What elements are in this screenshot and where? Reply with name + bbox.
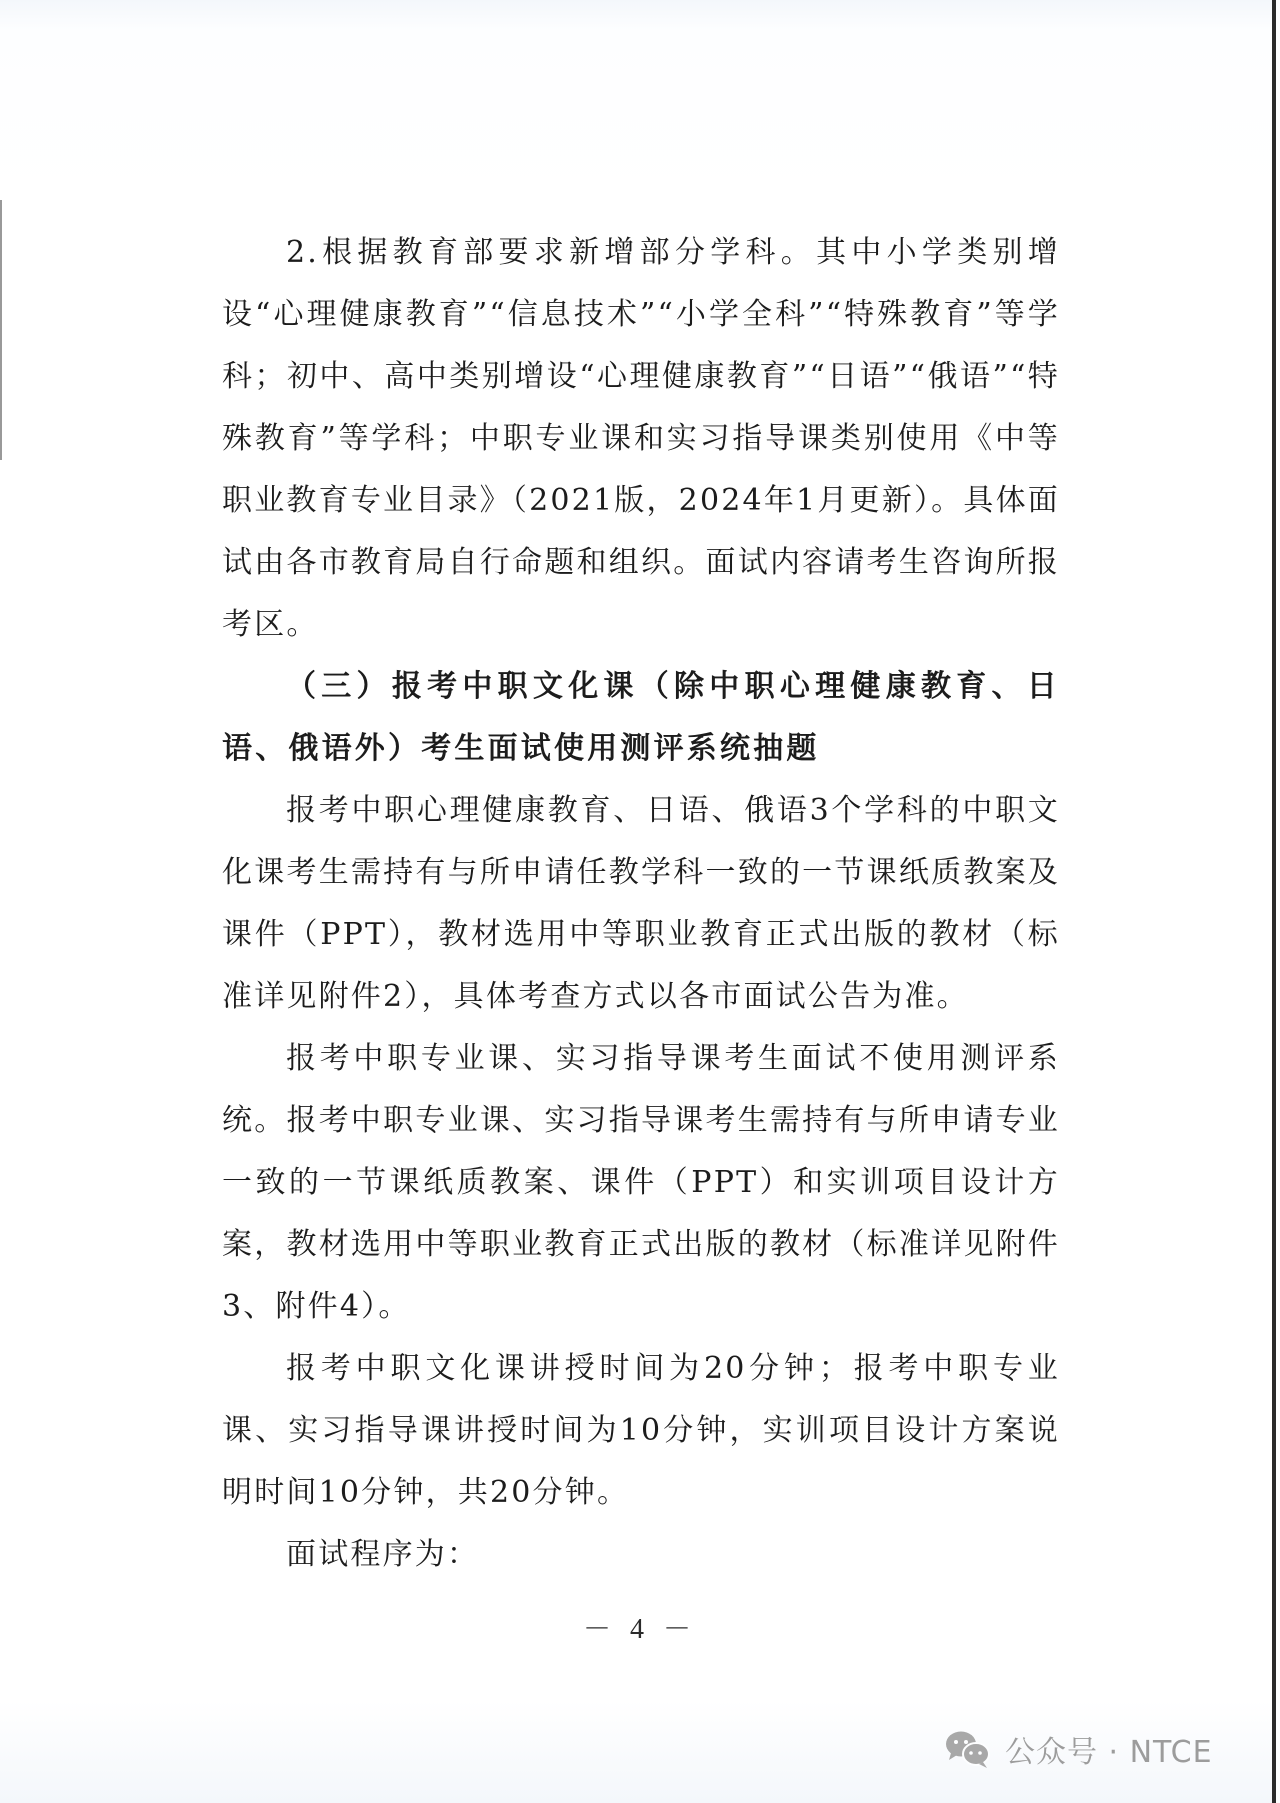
paragraph-new-subjects: 2.根据教育部要求新增部分学科。其中小学类别增设“心理健康教育”“信息技术”“小… (222, 222, 1060, 656)
watermark: 公众号 · NTCE (943, 1727, 1213, 1771)
paragraph-vocational-culture-courses: 报考中职心理健康教育、日语、俄语3个学科的中职文化课考生需持有与所申请任教学科一… (222, 780, 1060, 1028)
wechat-icon (943, 1729, 993, 1769)
page-edge-shadow (1272, 0, 1276, 1803)
document-body: 2.根据教育部要求新增部分学科。其中小学类别增设“心理健康教育”“信息技术”“小… (222, 222, 1060, 1586)
page-edge-shadow-left (0, 200, 2, 460)
paragraph-teaching-time: 报考中职文化课讲授时间为20分钟；报考中职专业课、实习指导课讲授时间为10分钟，… (222, 1338, 1060, 1524)
page-number: － 4 － (0, 1607, 1280, 1647)
paragraph-vocational-professional-courses: 报考中职专业课、实习指导课考生面试不使用测评系统。报考中职专业课、实习指导课考生… (222, 1028, 1060, 1338)
paragraph-interview-procedure: 面试程序为： (222, 1524, 1060, 1586)
scanned-document-page: 2.根据教育部要求新增部分学科。其中小学类别增设“心理健康教育”“信息技术”“小… (0, 0, 1276, 1803)
section-heading-three: （三）报考中职文化课（除中职心理健康教育、日语、俄语外）考生面试使用测评系统抽题 (222, 656, 1060, 780)
watermark-label: 公众号 · NTCE (1005, 1727, 1213, 1771)
